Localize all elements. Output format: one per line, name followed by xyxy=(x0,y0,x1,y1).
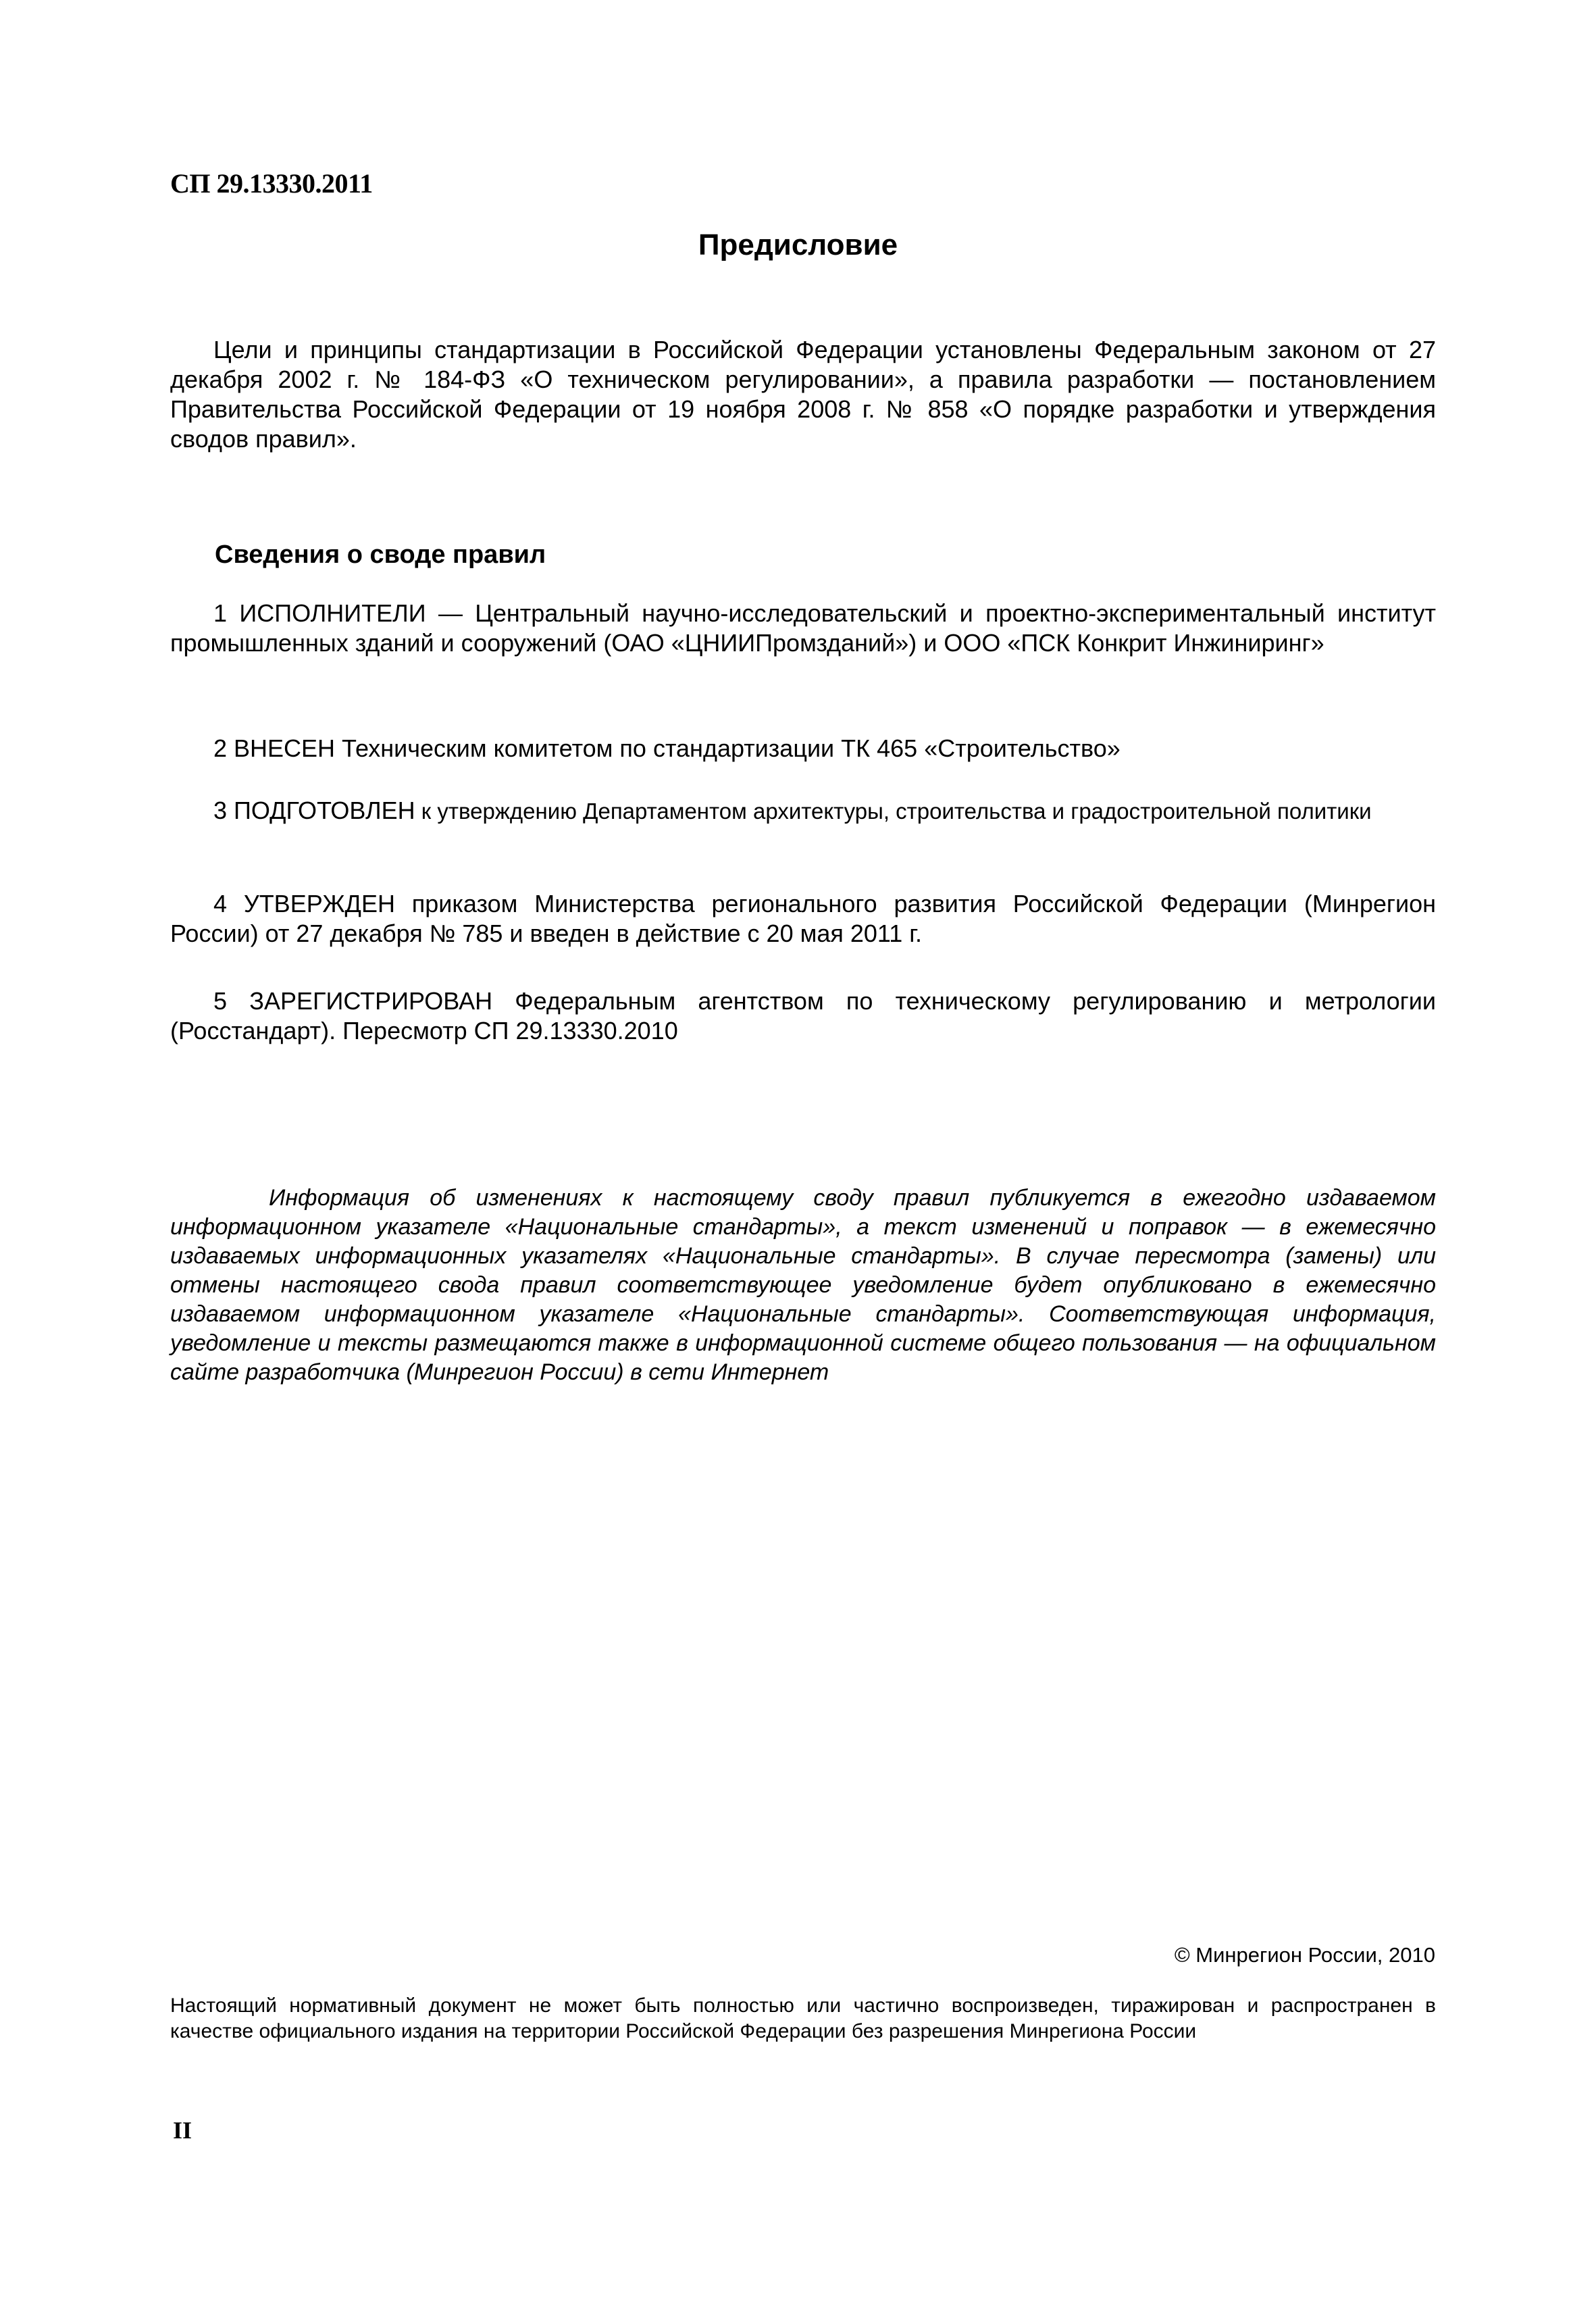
intro-text: Цели и принципы стандартизации в Российс… xyxy=(170,336,1436,453)
info-item-text: 1 ИСПОЛНИТЕЛИ — Центральный научно-иссле… xyxy=(170,599,1436,657)
intro-paragraph: Цели и принципы стандартизации в Российс… xyxy=(170,335,1436,454)
changes-notice: Информация об изменениях к настоящему св… xyxy=(170,1184,1436,1387)
page-number: II xyxy=(173,2116,192,2144)
legal-notice: Настоящий нормативный документ не может … xyxy=(170,1993,1436,2044)
info-item-text: 4 УТВЕРЖДЕН приказом Министерства регион… xyxy=(170,890,1436,947)
copyright: © Минрегион России, 2010 xyxy=(1175,1943,1435,1967)
section-heading: Сведения о своде правил xyxy=(215,540,546,570)
info-item-lead: 3 ПОДГОТОВЛЕН xyxy=(213,797,415,824)
info-item-text: к утверждению Департаментом архитектуры,… xyxy=(421,799,1372,824)
info-item-text: 5 ЗАРЕГИСТРИРОВАН Федеральным агентством… xyxy=(170,987,1436,1045)
info-item-1: 1 ИСПОЛНИТЕЛИ — Центральный научно-иссле… xyxy=(170,599,1436,658)
document-code: СП 29.13330.2011 xyxy=(170,168,373,199)
info-item-2: 2 ВНЕСЕН Техническим комитетом по станда… xyxy=(170,734,1436,763)
info-item-4: 4 УТВЕРЖДЕН приказом Министерства регион… xyxy=(170,889,1436,949)
info-item-5: 5 ЗАРЕГИСТРИРОВАН Федеральным агентством… xyxy=(170,986,1436,1046)
info-item-3: 3 ПОДГОТОВЛЕН к утверждению Департаменто… xyxy=(170,795,1436,828)
page-title: Предисловие xyxy=(0,228,1596,262)
changes-notice-text: Информация об изменениях к настоящему св… xyxy=(170,1185,1436,1385)
info-item-text: 2 ВНЕСЕН Техническим комитетом по станда… xyxy=(213,734,1121,762)
